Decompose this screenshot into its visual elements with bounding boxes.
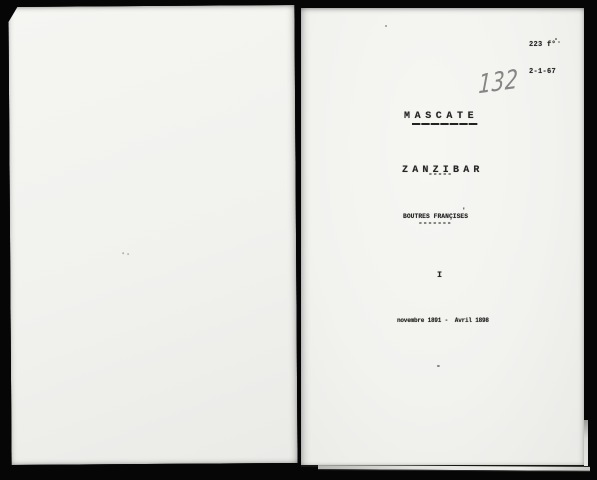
page-stack-bottom-edge xyxy=(318,465,590,472)
dust-speck xyxy=(555,38,557,40)
left-blank-page xyxy=(8,5,297,465)
date-range: novembre 1891 - Avril 1898 xyxy=(397,318,489,324)
title-mascate: MASCATE xyxy=(404,112,478,122)
reference-line-1: 223 f° xyxy=(529,42,556,49)
archive-reference: 223 f° 2-1-67 xyxy=(529,28,556,95)
right-title-page: 223 f° 2-1-67 132 MASCATE ZANZIBAR -----… xyxy=(301,8,584,467)
volume-numeral: I xyxy=(437,271,442,280)
dust-speck xyxy=(385,25,387,27)
separator-dash: - xyxy=(436,363,441,371)
dust-speck xyxy=(127,253,129,255)
dust-speck xyxy=(558,41,560,43)
subtitle-underline: ------- xyxy=(418,220,452,228)
title-mascate-underline xyxy=(412,123,478,125)
typed-correction-mark: ' xyxy=(462,208,466,214)
dust-speck xyxy=(122,252,124,254)
page-stack-right-edge xyxy=(584,420,588,466)
title-zanzibar-underline: ----- xyxy=(428,171,452,179)
handwritten-folio-number: 132 xyxy=(478,67,519,99)
reference-line-2: 2-1-67 xyxy=(529,69,556,76)
archival-scan: 223 f° 2-1-67 132 MASCATE ZANZIBAR -----… xyxy=(0,0,597,480)
